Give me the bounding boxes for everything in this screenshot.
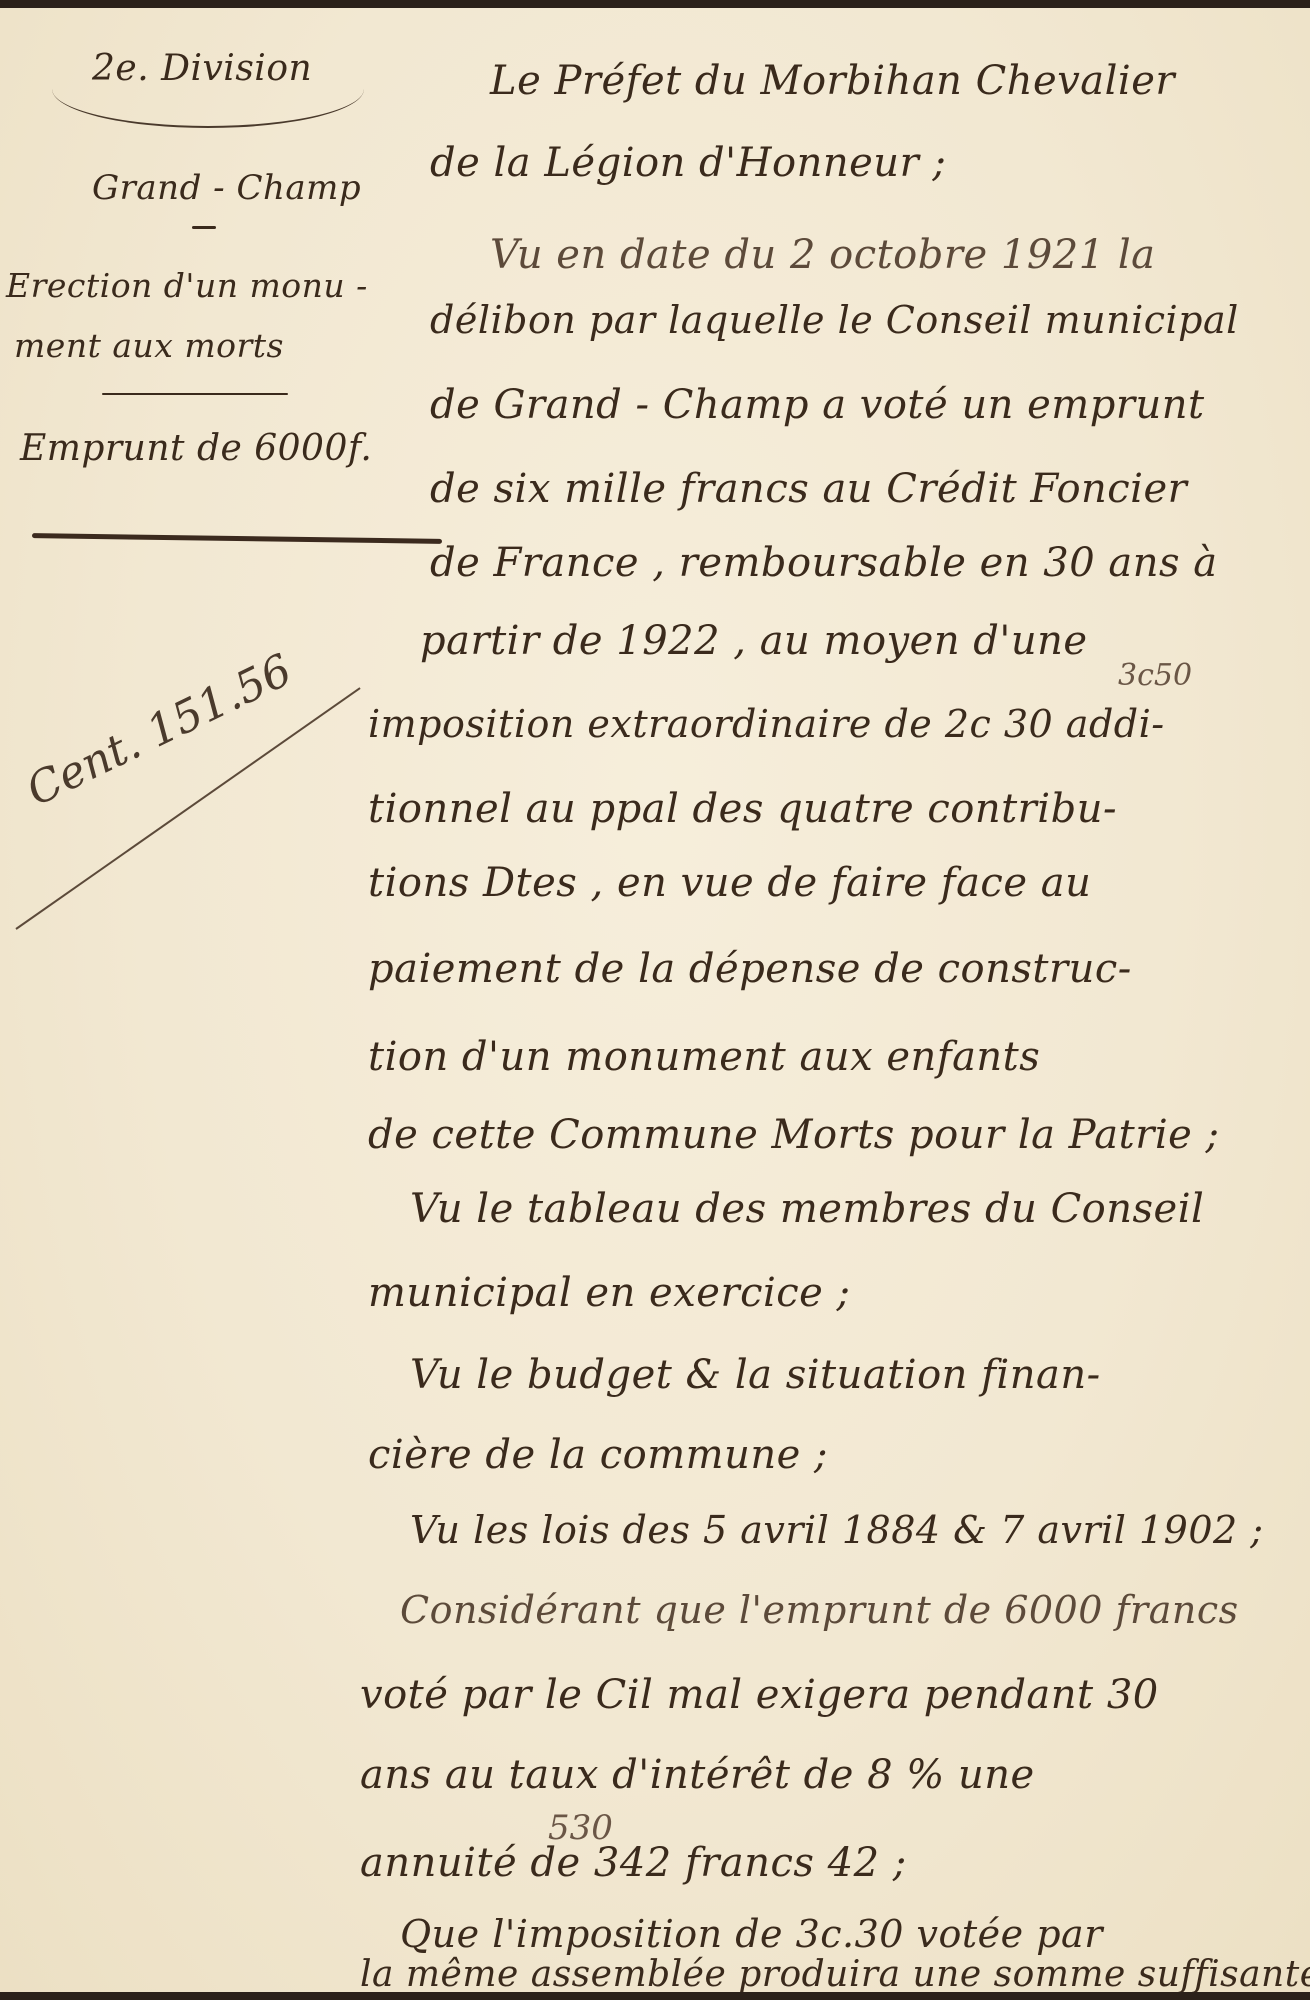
subject-line-1: Erection d'un monu - — [6, 266, 368, 305]
body-line-10: tionnel au ppal des quatre contribu- — [368, 786, 1117, 832]
body-line-18: cière de la commune ; — [368, 1432, 828, 1478]
body-line-2: de la Légion d'Honneur ; — [430, 140, 946, 186]
correction-imposition-rate: 3c50 — [1118, 658, 1192, 693]
body-line-7: de France , remboursable en 30 ans à — [430, 540, 1218, 586]
body-line-13: tion d'un monument aux enfants — [368, 1034, 1040, 1080]
centimes-note: Cent. 151.56 — [19, 644, 300, 816]
body-line-12: paiement de la dépense de construc- — [368, 946, 1132, 992]
body-line-3: Vu en date du 2 octobre 1921 la — [490, 232, 1156, 278]
division-oval — [52, 56, 364, 128]
body-line-11: tions Dtes , en vue de faire face au — [368, 860, 1091, 906]
body-line-20: Considérant que l'emprunt de 6000 francs — [400, 1588, 1239, 1632]
loan-label: Emprunt de 6000f. — [20, 428, 372, 469]
body-line-23: annuité de 342 francs 42 ; — [360, 1840, 907, 1886]
body-line-14: de cette Commune Morts pour la Patrie ; — [368, 1112, 1220, 1158]
body-line-22: ans au taux d'intérêt de 8 % une — [360, 1752, 1035, 1798]
body-line-9: imposition extraordinaire de 2c 30 addi- — [368, 702, 1165, 746]
section-rule — [32, 533, 442, 544]
body-line-17: Vu le budget & la situation finan- — [410, 1352, 1101, 1398]
document-page: 2e. Division Grand - Champ Erection d'un… — [0, 8, 1310, 1992]
body-line-1: Le Préfet du Morbihan Chevalier — [490, 58, 1175, 104]
subject-line-2: ment aux morts — [14, 326, 284, 365]
body-line-25: la même assemblée produira une somme suf… — [360, 1954, 1310, 1992]
body-line-24: Que l'imposition de 3c.30 votée par — [400, 1912, 1103, 1956]
body-line-4: délibon par laquelle le Conseil municipa… — [430, 298, 1239, 342]
body-line-21: voté par le Cil mal exigera pendant 30 — [360, 1672, 1159, 1718]
body-line-6: de six mille francs au Crédit Foncier — [430, 466, 1187, 512]
separator-dash — [192, 226, 216, 229]
body-line-19: Vu les lois des 5 avril 1884 & 7 avril 1… — [410, 1508, 1264, 1552]
body-line-15: Vu le tableau des membres du Conseil — [410, 1186, 1204, 1232]
body-line-16: municipal en exercice ; — [368, 1270, 851, 1316]
body-line-5: de Grand - Champ a voté un emprunt — [430, 382, 1205, 428]
body-line-8: partir de 1922 , au moyen d'une — [420, 618, 1088, 664]
commune-label: Grand - Champ — [92, 168, 361, 208]
separator-rule — [102, 393, 288, 395]
